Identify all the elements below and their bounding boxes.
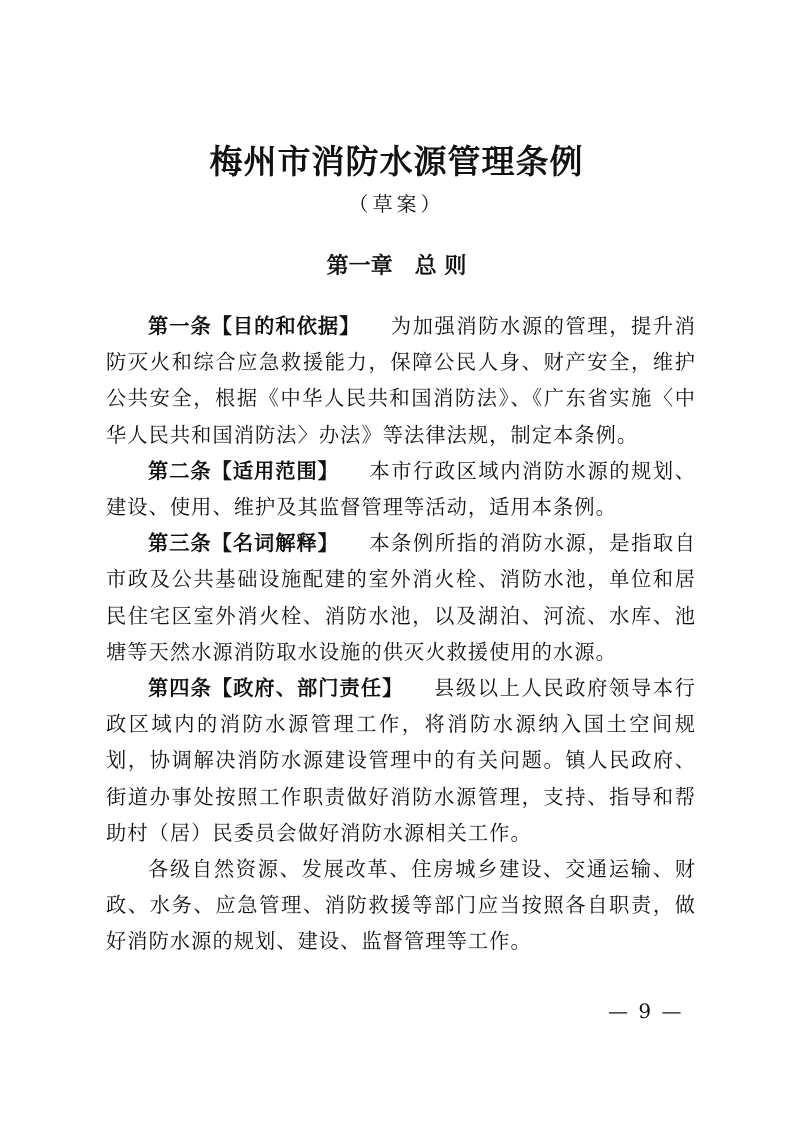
chapter-heading: 第一章总 则 [0,250,793,282]
article-heading: 第一条【目的和依据】 [148,314,360,338]
article-heading: 第四条【政府、部门责任】 [148,676,403,700]
paragraph: 各级自然资源、发展改革、住房城乡建设、交通运输、财政、水务、应急管理、消防救援等… [106,851,696,960]
document-body: 第一条【目的和依据】为加强消防水源的管理，提升消防灭火和综合应急救援能力，保障公… [106,308,696,960]
chapter-name: 总 则 [415,253,467,279]
article-1: 第一条【目的和依据】为加强消防水源的管理，提升消防灭火和综合应急救援能力，保障公… [106,308,696,453]
page-number: — 9 — [608,999,683,1023]
document-title: 梅州市消防水源管理条例 [0,140,793,184]
article-4: 第四条【政府、部门责任】县级以上人民政府领导本行政区域内的消防水源管理工作，将消… [106,670,696,851]
document-page: 梅州市消防水源管理条例 （草案） 第一章总 则 第一条【目的和依据】为加强消防水… [0,0,793,1122]
article-2: 第二条【适用范围】本市行政区域内消防水源的规划、建设、使用、维护及其监督管理等活… [106,453,696,525]
document-subtitle: （草案） [0,190,793,218]
article-text: 县级以上人民政府领导本行政区域内的消防水源管理工作，将消防水源纳入国土空间规划，… [106,676,696,845]
article-heading: 第二条【适用范围】 [148,459,339,483]
article-heading: 第三条【名词解释】 [148,531,339,555]
chapter-number: 第一章 [327,253,393,279]
article-3: 第三条【名词解释】本条例所指的消防水源，是指取自市政及公共基础设施配建的室外消火… [106,525,696,670]
